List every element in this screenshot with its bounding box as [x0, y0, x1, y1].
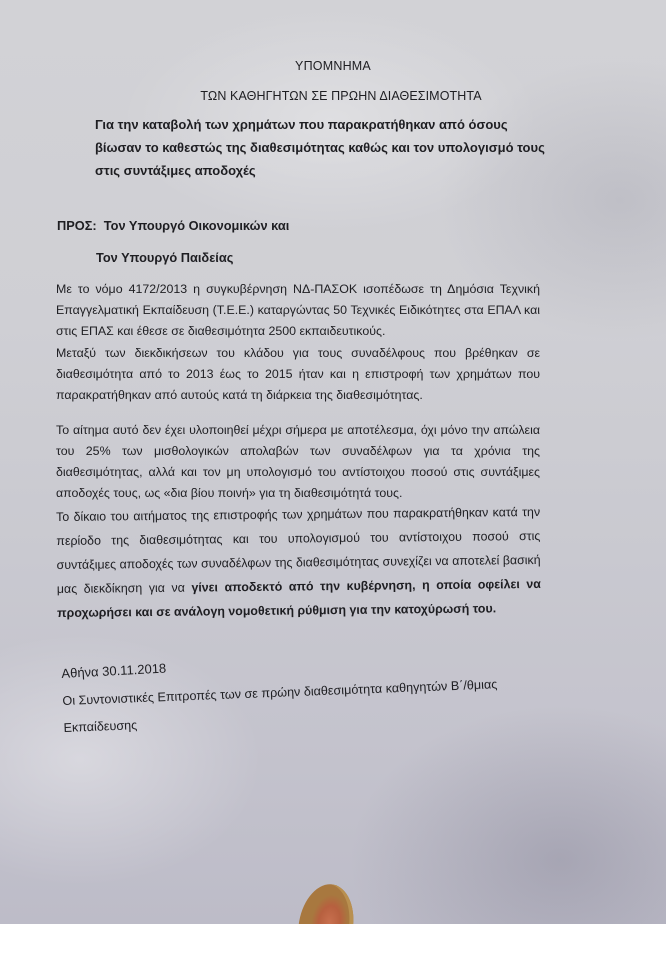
recipient-line-1: ΠΡΟΣ: Τον Υπουργό Οικονομικών και [57, 215, 289, 236]
recipient-1: Τον Υπουργό Οικονομικών και [104, 218, 289, 233]
paragraph-4: Το δίκαιο του αιτήματος της επιστροφής τ… [56, 500, 541, 625]
recipient-2: Τον Υπουργό Παιδείας [96, 247, 233, 268]
document-photo: ΥΠΟΜΝΗΜΑ ΤΩΝ ΚΑΘΗΓΗΤΩΝ ΣΕ ΠΡΩΗΝ ΔΙΑΘΕΣΙΜ… [0, 0, 666, 924]
bottom-margin [0, 924, 666, 960]
paragraph-1: Με το νόμο 4172/2013 η συγκυβέρνηση ΝΔ-Π… [56, 279, 540, 342]
recipient-label: ΠΡΟΣ: [57, 218, 97, 233]
signature: Οι Συντονιστικές Επιτροπές των σε πρώην … [62, 670, 544, 742]
document-subtitle: ΤΩΝ ΚΑΘΗΓΗΤΩΝ ΣΕ ΠΡΩΗΝ ΔΙΑΘΕΣΙΜΟΤΗΤΑ [8, 86, 666, 107]
place-date: Αθήνα 30.11.2018 [61, 658, 167, 684]
memorandum-document: ΥΠΟΜΝΗΜΑ ΤΩΝ ΚΑΘΗΓΗΤΩΝ ΣΕ ΠΡΩΗΝ ΔΙΑΘΕΣΙΜ… [0, 0, 666, 924]
document-title: ΥΠΟΜΝΗΜΑ [0, 56, 666, 77]
document-subject: Για την καταβολή των χρημάτων που παρακρ… [95, 113, 555, 182]
paragraph-3: Το αίτημα αυτό δεν έχει υλοποιηθεί μέχρι… [56, 420, 540, 504]
paragraph-2: Μεταξύ των διεκδικήσεων του κλάδου για τ… [56, 343, 540, 406]
